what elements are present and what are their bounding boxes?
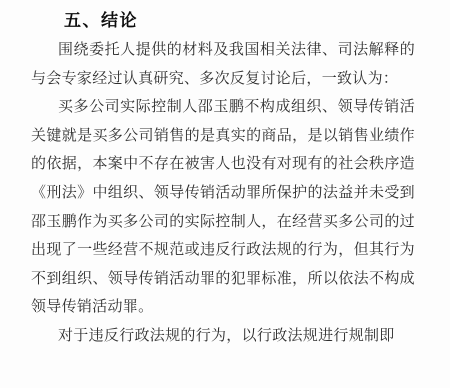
text-line: 围绕委托人提供的材料及我国相关法律、司法解释的规定， <box>31 36 415 65</box>
document-page: 五、结论 围绕委托人提供的材料及我国相关法律、司法解释的规定， 与会专家经过认真… <box>0 0 450 388</box>
text-line: 对于违反行政法规的行为，以行政法规进行规制即可。 <box>31 322 415 351</box>
section-heading: 五、结论 <box>64 11 138 31</box>
text-line: 《刑法》中组织、领导传销活动罪所保护的法益并未受到损害。 <box>31 179 415 208</box>
text-line: 关键就是买多公司销售的是真实的商品，是以销售业绩作为计酬 <box>31 122 415 151</box>
text-line: 的依据，本案中不存在被害人也没有对现有的社会秩序造成危害， <box>31 150 415 179</box>
text-line: 出现了一些经营不规范或违反行政法规的行为，但其行为远远达 <box>31 236 415 265</box>
text-line: 邵玉鹏作为买多公司的实际控制人，在经营买多公司的过程中， <box>31 208 415 237</box>
text-line: 与会专家经过认真研究、多次反复讨论后，一致认为： <box>31 65 415 94</box>
text-line: 买多公司实际控制人邵玉鹏不构成组织、领导传销活动罪。 <box>31 93 415 122</box>
text-line: 不到组织、领导传销活动罪的犯罪标准，所以依法不构成组织、 <box>31 265 415 294</box>
document-body: 围绕委托人提供的材料及我国相关法律、司法解释的规定， 与会专家经过认真研究、多次… <box>31 36 415 351</box>
text-line: 领导传销活动罪。 <box>31 293 415 322</box>
